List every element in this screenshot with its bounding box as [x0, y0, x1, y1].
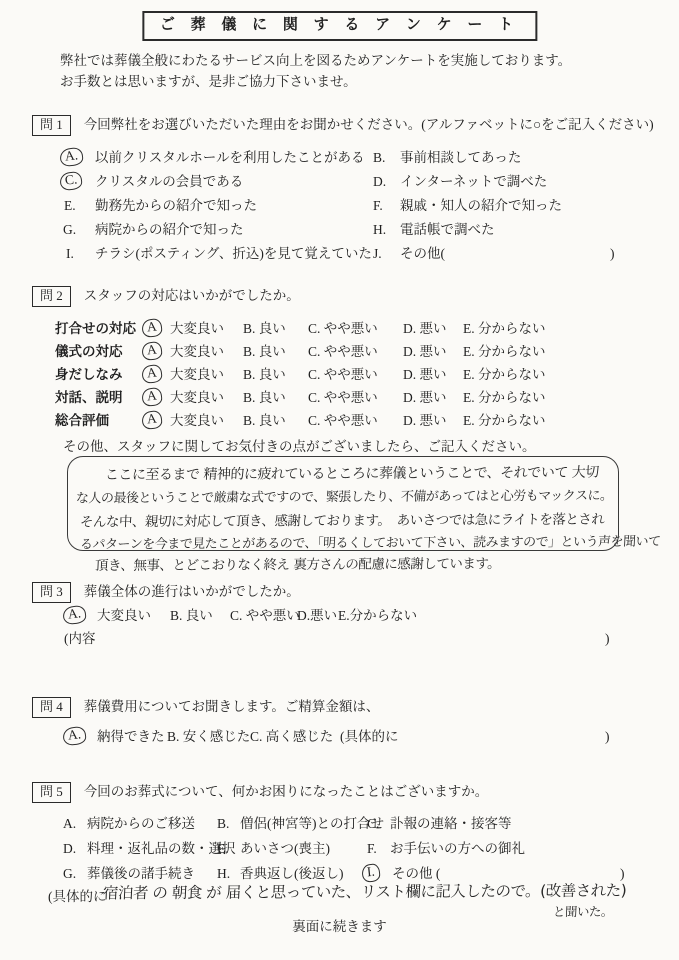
q1-option-c-text: クリスタルの会員である	[95, 174, 243, 191]
q1-row-1: A. 以前クリスタルホールを利用したことがある B. 事前相談してあった	[0, 150, 679, 172]
q2-number-box: 問 2	[32, 286, 71, 307]
q5-opt-h-text: 香典返し(後返し)	[240, 866, 344, 883]
q3-opt-d: D.悪い	[297, 608, 337, 625]
q3-opt-c: C. やや悪い	[230, 608, 300, 625]
q2-opt-c: C. やや悪い	[308, 344, 378, 361]
q4-detail-close-paren: )	[605, 729, 610, 746]
q5-row-2: D. 料理・返礼品の数・選択 E. あいさつ(喪主) F. お手伝いの方への御礼	[0, 841, 679, 863]
q2-question: スタッフの対応はいかがでしたか。	[84, 288, 300, 303]
q2-opt-d: D. 悪い	[403, 413, 447, 430]
q2-row-grooming: 身だしなみ A 大変良い B. 良い C. やや悪い D. 悪い E. 分からな…	[0, 367, 679, 388]
q1-option-i-text: チラシ(ポスティング、折込)を見て覚えていた	[95, 246, 372, 263]
q1-option-a-text: 以前クリスタルホールを利用したことがある	[95, 150, 364, 167]
q5-opt-c-text: 訃報の連絡・接客等	[390, 816, 512, 833]
q2-opt-d: D. 悪い	[403, 321, 447, 338]
q3-opt-b: B. 良い	[170, 608, 213, 625]
q3-header: 問 3葬儀全体の進行はいかがでしたか。	[32, 582, 300, 603]
q5-opt-a-text: 病院からのご移送	[87, 816, 195, 833]
q2-opt-d: D. 悪い	[403, 344, 447, 361]
q1-option-e-letter: E.	[64, 198, 76, 215]
q2-circled-a: A	[141, 364, 163, 384]
q1-option-c-letter: C.	[59, 171, 83, 191]
q5-opt-f-letter: F.	[367, 841, 377, 858]
q2-row-label: 身だしなみ	[55, 367, 123, 384]
handwritten-comment-line-3: そんな中、親切に対応して頂き、感謝しております。 あいさつでは急にライトを落とさ…	[80, 512, 605, 532]
q2-opt-b: B. 良い	[243, 367, 286, 384]
q2-opt-a: 大変良い	[170, 413, 224, 430]
q5-opt-f-text: お手伝いの方への御礼	[390, 841, 525, 858]
q2-circled-a: A	[141, 341, 163, 361]
q5-detail-open-paren: (具体的に	[48, 889, 107, 906]
handwritten-answer-line-2: と聞いた。	[553, 904, 614, 920]
q2-row-dialogue: 対話、説明 A 大変良い B. 良い C. やや悪い D. 悪い E. 分からな…	[0, 390, 679, 411]
q1-option-g-text: 病院からの紹介で知った	[95, 222, 244, 239]
q2-opt-b: B. 良い	[243, 344, 286, 361]
q5-opt-i-text: その他 (	[392, 866, 440, 883]
q3-opt-e: E.分からない	[338, 608, 417, 625]
survey-scan-page: ご 葬 儀 に 関 す る ア ン ケ ー ト 弊社では葬儀全般にわたるサービス…	[0, 0, 679, 960]
q2-row-ceremony: 儀式の対応 A 大変良い B. 良い C. やや悪い D. 悪い E. 分からな…	[0, 344, 679, 365]
q1-option-a-letter: A.	[59, 147, 84, 167]
q1-option-j-letter: J.	[373, 246, 382, 263]
q1-row-5: I. チラシ(ポスティング、折込)を見て覚えていた J. その他( )	[0, 246, 679, 268]
q2-opt-b: B. 良い	[243, 413, 286, 430]
q1-option-e-text: 勤務先からの紹介で知った	[95, 198, 257, 215]
q2-opt-d: D. 悪い	[403, 367, 447, 384]
q4-detail-open-paren: (具体的に	[340, 729, 399, 746]
handwritten-comment-line-1: ここに至るまで 精神的に疲れているところに葬儀ということで、それでいて 大切	[105, 465, 600, 485]
q5-opt-g-text: 葬儀後の諸手続き	[87, 866, 195, 883]
q2-opt-c: C. やや悪い	[308, 321, 378, 338]
q4-number-box: 問 4	[32, 697, 71, 718]
q4-question: 葬儀費用についてお聞きします。ご精算金額は、	[84, 699, 380, 714]
q1-option-b-text: 事前相談してあった	[400, 150, 521, 167]
q5-opt-e-text: あいさつ(喪主)	[240, 841, 330, 858]
q5-opt-g-letter: G.	[63, 866, 76, 883]
q5-opt-i-letter: I.	[361, 863, 381, 883]
q3-detail-row: (内容 )	[0, 631, 679, 653]
q5-opt-a-letter: A.	[63, 816, 76, 833]
q2-opt-e: E. 分からない	[463, 367, 546, 384]
q5-opt-d-letter: D.	[63, 841, 76, 858]
q5-opt-h-letter: H.	[217, 866, 230, 883]
q2-opt-c: C. やや悪い	[308, 390, 378, 407]
form-title: ご 葬 儀 に 関 す る ア ン ケ ー ト	[142, 11, 537, 41]
q2-row-label: 総合評価	[55, 413, 109, 430]
q1-option-d-letter: D.	[373, 174, 386, 191]
q2-opt-e: E. 分からない	[463, 390, 546, 407]
q5-row-1: A. 病院からのご移送 B. 僧侶(神宮等)との打合せ C. 訃報の連絡・接客等	[0, 816, 679, 838]
q2-opt-a: 大変良い	[170, 321, 224, 338]
q1-row-4: G. 病院からの紹介で知った H. 電話帳で調べた	[0, 222, 679, 244]
q4-opt-b: B. 安く感じた	[167, 729, 250, 746]
q4-options-row: A. 納得できた B. 安く感じた C. 高く感じた (具体的に )	[0, 729, 679, 751]
q3-opt-a-letter: A.	[62, 605, 87, 625]
q2-opt-a: 大変良い	[170, 390, 224, 407]
q4-opt-a-text: 納得できた	[97, 729, 165, 746]
footer-note: 裏面に続きます	[292, 919, 387, 936]
q2-opt-e: E. 分からない	[463, 344, 546, 361]
q1-option-j-text: その他(	[400, 246, 445, 263]
handwritten-comment-line-2: な人の最後ということで厳粛な式ですので、緊張したり、不備があってはと心労もマック…	[76, 489, 613, 508]
q3-detail-close-paren: )	[605, 631, 610, 648]
q1-number-box: 問 1	[32, 115, 71, 136]
q2-opt-a: 大変良い	[170, 367, 224, 384]
q4-opt-a-letter: A.	[62, 726, 87, 746]
q3-opt-a-text: 大変良い	[97, 608, 151, 625]
q2-row-overall: 総合評価 A 大変良い B. 良い C. やや悪い D. 悪い E. 分からない	[0, 413, 679, 434]
q2-opt-b: B. 良い	[243, 321, 286, 338]
q3-number-box: 問 3	[32, 582, 71, 603]
q4-opt-c: C. 高く感じた	[250, 729, 333, 746]
handwritten-comment-line-4: るパターンを今まで見たことがあるので、「明るくしておいて下さい、読みますので」と…	[80, 534, 661, 553]
q5-question: 今回のお葬式について、何かお困りになったことはございますか。	[84, 784, 488, 799]
q5-number-box: 問 5	[32, 782, 71, 803]
q2-opt-b: B. 良い	[243, 390, 286, 407]
q2-circled-a: A	[141, 318, 163, 338]
q1-option-j-close-paren: )	[610, 246, 615, 263]
q1-option-f-letter: F.	[373, 198, 383, 215]
q5-opt-e-letter: E.	[217, 841, 229, 858]
q2-opt-e: E. 分からない	[463, 413, 546, 430]
q3-question: 葬儀全体の進行はいかがでしたか。	[84, 584, 300, 599]
q1-option-i-letter: I.	[66, 246, 74, 263]
q1-option-h-letter: H.	[373, 222, 386, 239]
q2-comment-prompt: その他、スタッフに関してお気付きの点がございましたら、ご記入ください。	[63, 439, 536, 456]
handwritten-answer-line-1: 宿泊者 の 朝食 が 届くと思っていた、リスト欄に記入したので。(改善された)	[102, 882, 626, 904]
q1-option-h-text: 電話帳で調べた	[400, 222, 495, 239]
q4-header: 問 4葬儀費用についてお聞きします。ご精算金額は、	[32, 697, 379, 718]
q2-opt-e: E. 分からない	[463, 321, 546, 338]
q2-opt-d: D. 悪い	[403, 390, 447, 407]
q5-opt-d-text: 料理・返礼品の数・選択	[87, 841, 236, 858]
q2-opt-c: C. やや悪い	[308, 367, 378, 384]
q1-row-2: C. クリスタルの会員である D. インターネットで調べた	[0, 174, 679, 196]
intro-text: 弊社では葬儀全般にわたるサービス向上を図るためアンケートを実施しております。 お…	[60, 50, 571, 92]
q5-header: 問 5今回のお葬式について、何かお困りになったことはございますか。	[32, 782, 488, 803]
q5-other-close-paren: )	[620, 866, 625, 883]
q2-circled-a: A	[141, 387, 163, 407]
q3-options-row: A. 大変良い B. 良い C. やや悪い D.悪い E.分からない	[0, 608, 679, 630]
q1-option-b-letter: B.	[373, 150, 385, 167]
q5-opt-c-letter: C.	[367, 816, 379, 833]
handwritten-comment-line-5: 頂き、無事、とどこおりなく終え 裏方さんの配慮に感謝しています。	[95, 556, 501, 575]
intro-line-2: お手数とは思いますが、是非ご協力下さいませ。	[60, 74, 357, 89]
q5-opt-b-letter: B.	[217, 816, 229, 833]
q2-row-label: 対話、説明	[55, 390, 123, 407]
q1-option-f-text: 親戚・知人の紹介で知った	[400, 198, 562, 215]
q1-question: 今回弊社をお選びいただいた理由をお聞かせください。(アルファベットに○をご記入く…	[84, 117, 654, 132]
q1-option-g-letter: G.	[63, 222, 76, 239]
q2-header: 問 2スタッフの対応はいかがでしたか。	[32, 286, 300, 307]
q2-row-label: 儀式の対応	[55, 344, 123, 361]
q5-opt-b-text: 僧侶(神宮等)との打合せ	[240, 816, 384, 833]
q2-row-label: 打合せの対応	[55, 321, 136, 338]
q2-circled-a: A	[141, 410, 163, 430]
q1-option-d-text: インターネットで調べた	[400, 174, 547, 191]
q1-header: 問 1今回弊社をお選びいただいた理由をお聞かせください。(アルファベットに○をご…	[32, 115, 654, 136]
q2-opt-c: C. やや悪い	[308, 413, 378, 430]
q2-opt-a: 大変良い	[170, 344, 224, 361]
intro-line-1: 弊社では葬儀全般にわたるサービス向上を図るためアンケートを実施しております。	[60, 53, 571, 68]
q3-detail-open-paren: (内容	[64, 631, 96, 648]
q2-row-meeting: 打合せの対応 A 大変良い B. 良い C. やや悪い D. 悪い E. 分から…	[0, 321, 679, 342]
q1-row-3: E. 勤務先からの紹介で知った F. 親戚・知人の紹介で知った	[0, 198, 679, 220]
